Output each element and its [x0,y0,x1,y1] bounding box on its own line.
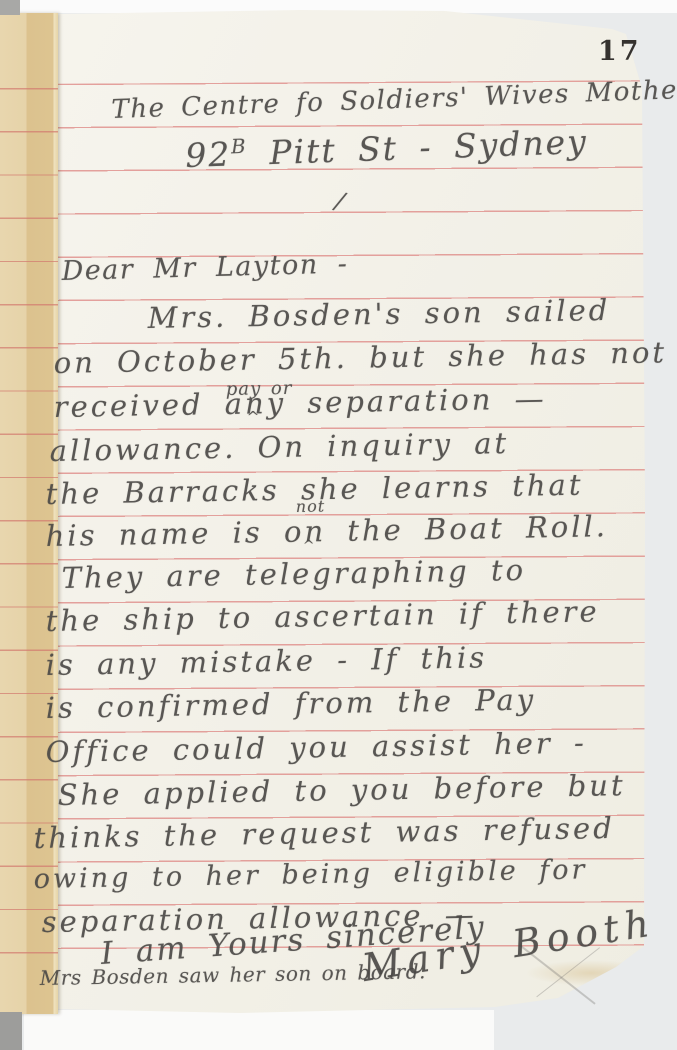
scan-background-bottom [24,1010,494,1050]
spine-shadow-top [0,0,20,15]
address-number: 92 [185,134,232,175]
scanned-notebook-page: 17 The Centre fo Soldiers' Wives Mothers… [0,0,677,1050]
spine-shadow-bottom [0,1012,22,1050]
address-floor: B [231,135,248,159]
insertion-above-line: not [296,496,326,516]
page-number: 17 [598,36,642,67]
